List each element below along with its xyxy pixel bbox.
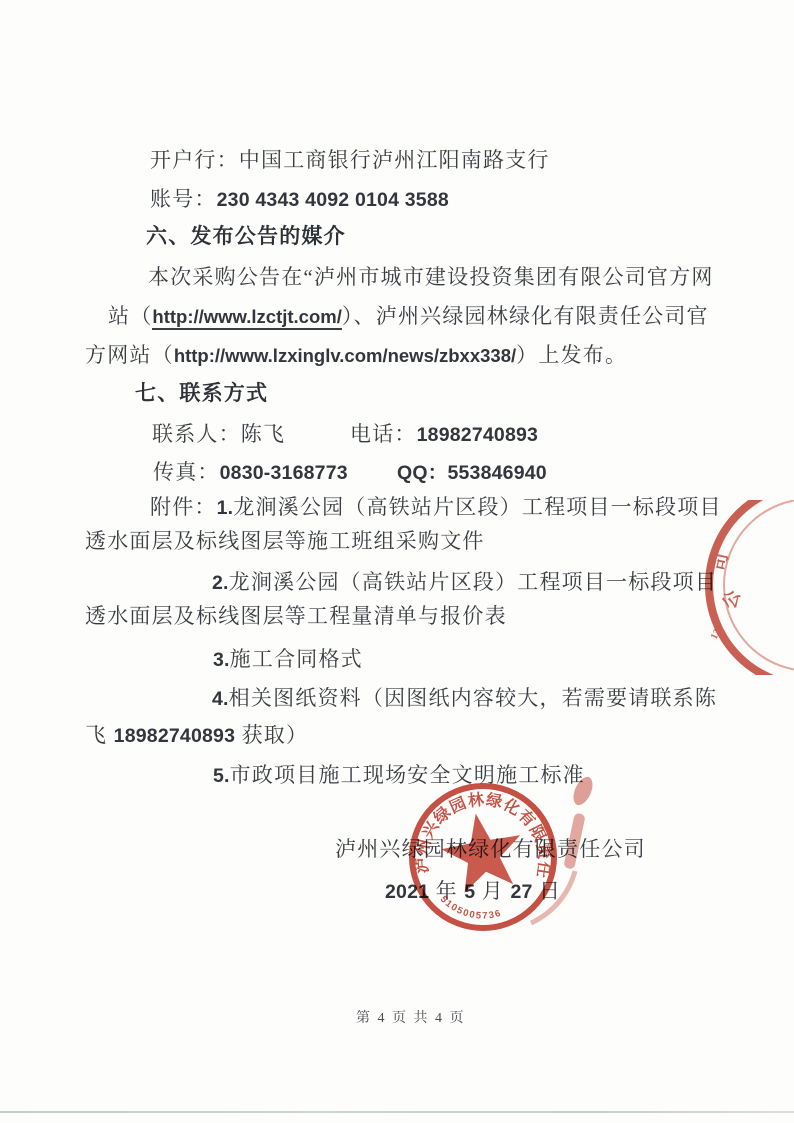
phone-label: 电话： — [350, 422, 417, 446]
phone-line: 电话：18982740893 — [350, 421, 538, 448]
section7-heading: 七、联系方式 — [135, 380, 268, 406]
partial-seal-digits: 136 — [709, 623, 725, 641]
announce-line3-pre: 方网站（ — [85, 343, 174, 367]
page-number: 第 4 页 共 4 页 — [356, 1007, 466, 1027]
fax-label: 传真： — [153, 460, 220, 484]
qq-line: QQ：553846940 — [397, 459, 547, 486]
attachment5-no: 5. — [213, 765, 230, 787]
attachment2-no: 2. — [212, 572, 229, 594]
account-number: 230 4343 4092 0104 3588 — [217, 189, 449, 211]
attachment4-line2: 飞 18982740893 获取） — [85, 722, 308, 749]
qq-label: QQ： — [397, 462, 447, 484]
partial-seal-inner-ring — [724, 500, 794, 671]
fax-number: 0830-3168773 — [220, 462, 348, 484]
date-year-unit: 年 — [429, 879, 464, 903]
attachment3-line: 3.施工合同格式 — [213, 646, 363, 673]
attachment2-line2: 透水面层及标线图层等工程量清单与报价表 — [85, 603, 507, 629]
fax-line: 传真：0830-3168773 — [153, 459, 348, 486]
website-url-lzctjt: http://www.lzctjt.com/ — [152, 306, 341, 330]
attachment4-no: 4. — [212, 688, 229, 710]
attachment2-text1: 龙涧溪公园（高铁站片区段）工程项目一标段项目 — [229, 570, 717, 594]
account-label: 账号： — [150, 187, 217, 211]
scan-edge-shadow — [0, 1111, 794, 1113]
attachment1-line2: 透水面层及标线图层等施工班组采购文件 — [85, 528, 485, 554]
attachment1-text1: 龙涧溪公园（高铁站片区段）工程项目一标段项目 — [233, 495, 721, 519]
date-month-unit: 月 — [475, 879, 510, 903]
bank-line-text: 开户行：中国工商银行泸州江阳南路支行 — [150, 148, 550, 172]
attachments-label: 附件： — [150, 495, 217, 519]
announce-line1-text: 本次采购公告在“泸州市城市建设投资集团有限公司官方网 — [148, 265, 714, 289]
qq-number: 553846940 — [447, 462, 546, 484]
attachment2-line1: 2.龙涧溪公园（高铁站片区段）工程项目一标段项目 — [212, 569, 717, 596]
announce-line3: 方网站（http://www.lzxinglv.com/news/zbxx338… — [85, 342, 627, 369]
signature-date-line: 2021 年 5 月 27 日 — [385, 878, 561, 905]
section6-heading: 六、发布公告的媒介 — [146, 223, 346, 249]
section6-title: 六、发布公告的媒介 — [146, 224, 346, 248]
contact-person: 联系人：陈飞 — [152, 422, 285, 446]
attachment1-line1: 附件：1.龙涧溪公园（高铁站片区段）工程项目一标段项目 — [150, 494, 722, 521]
partial-seal-outer-ring — [709, 500, 794, 675]
attachment4-text2-pre: 飞 — [85, 723, 114, 747]
date-month: 5 — [464, 881, 475, 903]
attachment4-text1: 相关图纸资料（因图纸内容较大，若需要请联系陈 — [229, 686, 717, 710]
attachment4-text2-post: 获取） — [235, 723, 308, 747]
attachment5-line: 5.市政项目施工现场安全文明施工标准 — [213, 762, 585, 789]
attachment3-text: 施工合同格式 — [230, 647, 363, 671]
attachment1-text2: 透水面层及标线图层等施工班组采购文件 — [85, 529, 485, 553]
website-url-lzxinglv: http://www.lzxinglv.com/news/zbxx338/ — [174, 345, 516, 366]
phone-number: 18982740893 — [417, 424, 539, 446]
attachment4-line1: 4.相关图纸资料（因图纸内容较大，若需要请联系陈 — [212, 685, 717, 712]
document-page: 开户行：中国工商银行泸州江阳南路支行 账号：230 4343 4092 0104… — [0, 0, 794, 1123]
partial-seal-char-bottom: 公 — [719, 588, 744, 612]
announce-line3-post: ）上发布。 — [516, 343, 627, 367]
signature-company: 泸州兴绿园林绿化有限责任公司 — [335, 837, 646, 861]
signature-company-line: 泸州兴绿园林绿化有限责任公司 — [335, 836, 646, 862]
attachment1-no: 1. — [217, 497, 234, 519]
attachment4-phone: 18982740893 — [114, 725, 236, 747]
bank-line: 开户行：中国工商银行泸州江阳南路支行 — [150, 147, 550, 173]
attachment2-text2: 透水面层及标线图层等工程量清单与报价表 — [85, 604, 507, 628]
account-line: 账号：230 4343 4092 0104 3588 — [150, 186, 449, 213]
date-day: 27 — [510, 881, 532, 903]
contact-person-line: 联系人：陈飞 — [152, 421, 285, 447]
page-number-text: 第 4 页 共 4 页 — [356, 1011, 466, 1026]
attachment3-no: 3. — [213, 649, 230, 671]
section7-title: 七、联系方式 — [135, 381, 268, 405]
announce-line1: 本次采购公告在“泸州市城市建设投资集团有限公司官方网 — [148, 264, 714, 290]
attachment5-text: 市政项目施工现场安全文明施工标准 — [230, 763, 585, 787]
date-year: 2021 — [385, 881, 429, 903]
company-seal-stamp: 泸州兴绿园林绿化有限责任公司 5105005736 — [383, 757, 643, 972]
announce-line2-post: ）、泸州兴绿园林绿化有限责任公司官 — [342, 304, 709, 328]
date-day-unit: 日 — [533, 879, 562, 903]
announce-line2: 站（http://www.lzctjt.com/）、泸州兴绿园林绿化有限责任公司… — [108, 303, 709, 330]
announce-line2-pre: 站（ — [108, 304, 152, 328]
